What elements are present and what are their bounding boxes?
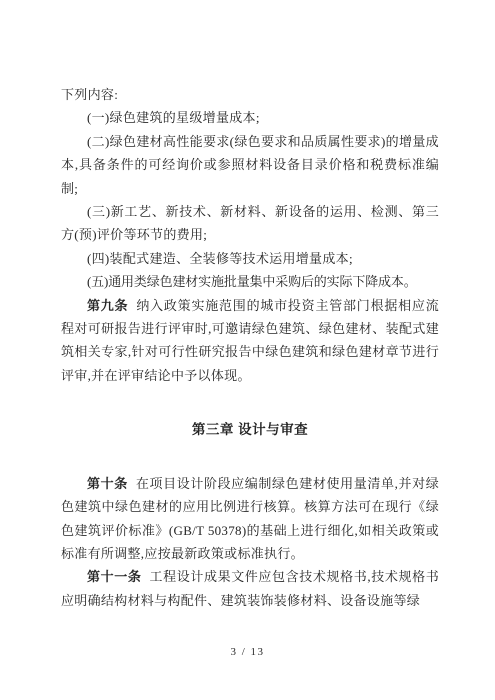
document-page: { "document": { "content": [ { "type": "… (0, 0, 495, 700)
paragraph: (二)绿色建材高性能要求(绿色要求和品质属性要求)的增量成本,具备条件的可经询价… (61, 130, 439, 200)
paragraph: (三)新工艺、新技术、新材料、新设备的运用、检测、第三方(预)评价等环节的费用; (61, 200, 439, 247)
article-number: 第十一条 (87, 569, 141, 584)
paragraph: 第十一条工程设计成果文件应包含技术规格书,技术规格书应明确结构材料与构配件、建筑… (61, 565, 439, 612)
article-number: 第九条 (87, 298, 128, 313)
paragraph: 第九条纳入政策实施范围的城市投资主管部门根据相应流程对可研报告进行评审时,可邀请… (61, 294, 439, 388)
chapter-heading: 第三章 设计与审查 (61, 418, 439, 441)
page-number: 3 / 13 (0, 646, 495, 658)
article-number: 第十条 (87, 476, 128, 491)
paragraph: 第十条在项目设计阶段应编制绿色建材使用量清单,并对绿色建筑中绿色建材的应用比例进… (61, 472, 439, 566)
paragraph: (一)绿色建筑的星级增量成本; (61, 106, 439, 129)
paragraph: (四)装配式建造、全装修等技术运用增量成本; (61, 247, 439, 270)
paragraph: (五)通用类绿色建材实施批量集中采购后的实际下降成本。 (61, 270, 439, 293)
document-body: 下列内容:(一)绿色建筑的星级增量成本;(二)绿色建材高性能要求(绿色要求和品质… (61, 83, 439, 612)
paragraph: 下列内容: (61, 83, 439, 106)
